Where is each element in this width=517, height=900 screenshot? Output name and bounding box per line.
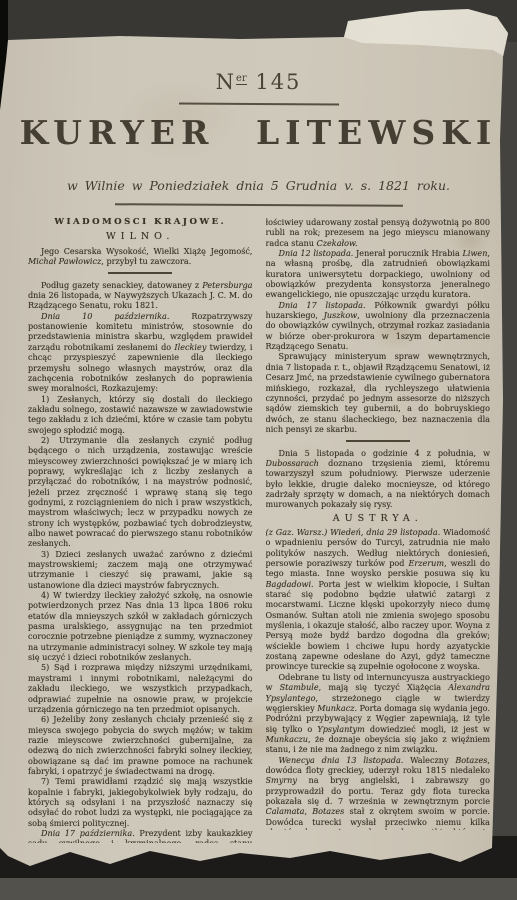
newspaper-page: Ner 145 KURYER LITEWSKI w Wilnie w Ponie… <box>0 0 517 900</box>
section-divider <box>108 272 172 273</box>
text-run: 2) Utrzymanie dla zesłanych czynić podłu… <box>28 435 253 548</box>
news-paragraph: 2) Utrzymanie dla zesłanych czynić podłu… <box>28 435 253 549</box>
news-paragraph: Jego Cesarska Wysokość, Wielki Xiążę Jeg… <box>28 246 253 267</box>
news-paragraph: Dnia 17 października. Prezydent izby kau… <box>28 828 253 843</box>
italic-text-run: Dnia 17 listopada. <box>279 300 366 310</box>
italic-text-run: Bagdadowi <box>266 579 312 589</box>
text-run: Jego Cesarska Wysokość, Wielki Xiążę Jeg… <box>41 246 253 256</box>
italic-text-run: Czekałow. <box>317 238 358 248</box>
news-paragraph: 6) Jeżeliby żony zesłanych chciały przen… <box>28 714 253 776</box>
article-columns: WIADOMOŚCI KRAJOWE.WILNO.Jego Cesarska W… <box>28 217 490 843</box>
news-paragraph: Dnia 12 listopada. Jenerał porucznik Hra… <box>266 248 491 300</box>
news-paragraph: Dnia 10 października. Rozpatrzywszy post… <box>28 311 253 394</box>
text-run: Podług gazety senackiey, datowaney z <box>41 280 202 290</box>
italic-text-run: (z Gaz. Warsz.) Wiedeń, dnia 29 listopad… <box>266 527 441 537</box>
text-run: 5) Sąd i rozprawa między niższymi urzędn… <box>28 662 253 713</box>
italic-text-run: Wenecya dnia 13 listopada. <box>279 755 404 765</box>
section-heading: AUSTRYA. <box>266 514 491 524</box>
text-run: Waleczny <box>403 755 455 765</box>
italic-text-run: Smyrny <box>266 775 297 785</box>
text-run: , przybył tu zawczora. <box>101 256 191 266</box>
right-column: łościwiey udarowany został pensyą dożywo… <box>266 217 491 830</box>
italic-text-run: Botazes <box>455 755 487 765</box>
masthead-rule-bottom <box>114 203 402 207</box>
italic-text-run: Liwen <box>463 248 488 258</box>
text-run: Sprawujący ministeryum spraw wewnętrznyc… <box>266 351 491 433</box>
text-run: , mają się tyczyć Xiążęcia <box>319 682 449 692</box>
text-run: Dnia 5 listopada o godzinie 4 z południa… <box>279 448 491 458</box>
italic-text-run: Munkaczu <box>266 734 308 744</box>
news-paragraph: Dnia 17 listopada. Półkownik gwardyi pół… <box>266 300 491 352</box>
text-run: 4) W twierdzy ileckiey założyć szkołę, n… <box>28 590 253 662</box>
newspaper-title: KURYER LITEWSKI <box>0 113 517 152</box>
text-run: . Porta jest w wielkim kłopocie, i Sułta… <box>266 579 491 672</box>
italic-text-run: Michał Pawłowicz <box>28 256 101 266</box>
news-paragraph: Podług gazety senackiey, datowaney z Pet… <box>28 280 253 311</box>
section-divider <box>346 440 410 441</box>
news-paragraph: Odebrane tu listy od internuncyusza aust… <box>266 672 491 755</box>
text-run: 1) Zesłanych, którzy się dostali do ilec… <box>28 394 253 435</box>
text-run: na bryg angielski, i zabrawszy go przypr… <box>266 775 491 806</box>
news-paragraph: 3) Dzieci zesłanych uważać zarówno z dzi… <box>28 549 253 590</box>
italic-text-run: Dnia 17 października. <box>41 828 135 838</box>
news-paragraph: Wenecya dnia 13 listopada. Waleczny Bota… <box>266 755 491 830</box>
text-run: 6) Jeżeliby żony zesłanych chciały przen… <box>28 714 253 776</box>
italic-text-run: Juszkow <box>324 310 358 320</box>
news-paragraph: 7) Temi prawidłami rządzić się mają wszy… <box>28 776 253 828</box>
text-run: 3) Dzieci zesłanych uważać zarówno z dzi… <box>28 549 253 590</box>
italic-text-run: Stambule <box>280 682 319 692</box>
italic-text-run: Ypsylantym <box>317 724 364 734</box>
text-run: dowiedzieć mogli, iż jest w <box>365 724 490 734</box>
italic-text-run: Calamata <box>266 806 305 816</box>
news-paragraph: 1) Zesłanych, którzy się dostali do ilec… <box>28 394 253 435</box>
section-heading: WILNO. <box>28 232 253 242</box>
italic-text-run: Petersburga <box>202 280 252 290</box>
news-paragraph: Dnia 5 listopada o godzinie 4 z południa… <box>266 448 491 510</box>
masthead-rule-top <box>178 102 338 105</box>
news-paragraph: (z Gaz. Warsz.) Wiedeń, dnia 29 listopad… <box>266 527 491 672</box>
scanned-newspaper-page: { "masthead": { "issue_prefix": "N", "is… <box>0 0 517 900</box>
italic-text-run: Dubossarach <box>266 458 319 468</box>
italic-text-run: Botazes <box>312 806 344 816</box>
news-paragraph: łościwiey udarowany został pensyą dożywo… <box>266 217 491 248</box>
dateline: w Wilnie w Poniedziałek dnia 5 Grudnia v… <box>0 178 517 193</box>
left-column: WIADOMOŚCI KRAJOWE.WILNO.Jego Cesarska W… <box>28 217 253 843</box>
italic-text-run: Dnia 12 listopada. <box>279 248 354 258</box>
text-run: łościwiey udarowany został pensyą dożywo… <box>266 217 491 248</box>
italic-text-run: Munkacz <box>317 703 354 713</box>
italic-text-run: Dnia 10 października. <box>41 311 169 321</box>
text-run: 7) Temi prawidłami rządzić się mają wszy… <box>28 776 253 827</box>
issue-number: Ner 145 <box>0 70 517 94</box>
italic-text-run: Ileckiey <box>174 342 206 352</box>
background-foot <box>0 878 517 900</box>
issue-superscript: er <box>236 73 247 85</box>
news-paragraph: 4) W twierdzy ileckiey założyć szkołę, n… <box>28 590 253 662</box>
news-paragraph: Sprawujący ministeryum spraw wewnętrznyc… <box>266 351 491 434</box>
text-run: Jenerał porucznik Hrabia <box>353 248 462 258</box>
news-paragraph: 5) Sąd i rozprawa między niższymi urzędn… <box>28 662 253 714</box>
text-run: dnia 26 listopada, w Naywyższych Ukazach… <box>28 290 253 310</box>
italic-text-run: Erzerum <box>408 558 444 568</box>
section-kicker: WIADOMOŚCI KRAJOWE. <box>28 217 253 227</box>
